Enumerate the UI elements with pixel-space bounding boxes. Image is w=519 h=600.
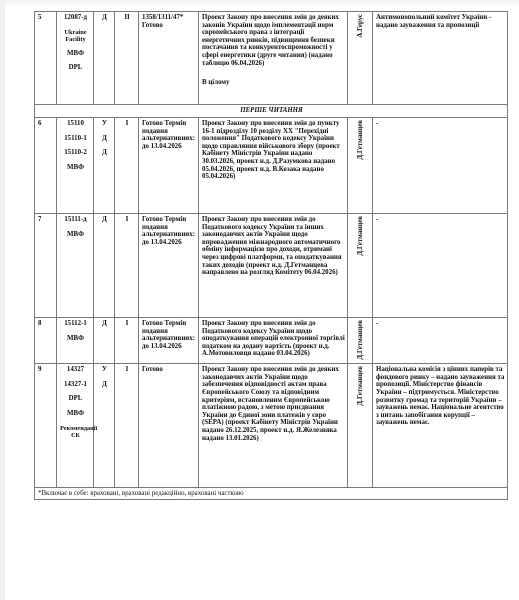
bill-code: 15110 [60,120,91,128]
bill-code: 15110-2 [60,149,91,157]
description-text: Проект Закону про внесення змін до деяки… [202,14,345,67]
category-letter: Д [97,149,112,157]
row-number: 9 [35,364,57,488]
responsible-cell: Д.Гетманцев [348,318,373,364]
table-row: 815112-1МВФДIГотово Термін подання альте… [35,318,508,364]
footnote: *Включає в себе: враховані, враховані ре… [35,488,508,500]
bill-description: Проект Закону про внесення змін до пункт… [199,118,348,214]
responsible-person: Д.Гетманцев [357,320,365,360]
responsible-person: А.Герус [357,14,365,38]
bill-code: DPL [60,395,91,403]
status: Готово [139,364,199,488]
bill-description: Проект Закону про внесення змін до Подат… [199,318,348,364]
comments: Антимонопольний комітет України - надано… [373,12,508,105]
bill-code: 15110-1 [60,135,91,143]
category-letter: У [97,366,112,374]
category-letters: Д [94,214,115,318]
description-text: Проект Закону про внесення змін до пункт… [202,120,345,181]
table-row: 512087-дUkraine FacilityМВФDPLДII1358/13… [35,12,508,105]
responsible-person: Д.Гетманцев [357,120,365,160]
bill-code: DPL [60,64,91,72]
bill-codes: 12087-дUkraine FacilityМВФDPL [57,12,94,105]
bill-code: МВФ [60,335,91,343]
reading-stage: II [115,12,139,105]
row-number: 8 [35,318,57,364]
comments: - [373,118,508,214]
reading-stage: I [115,364,139,488]
bill-codes: 15111-дМВФ [57,214,94,318]
responsible-cell: Д.Гетманцев [348,364,373,488]
responsible-person: Д.Гетманцев [357,366,365,406]
comments: Національна комісія з цінних паперів та … [373,364,508,488]
bill-description: Проект Закону про внесення змін до деяки… [199,364,348,488]
category-letter: Д [97,216,112,224]
footnote-row: *Включає в себе: враховані, враховані ре… [35,488,508,500]
table-row: 91432714327-1DPLМВФРекомендації ЄКУДIГот… [35,364,508,488]
bill-code: 15112-1 [60,320,91,328]
category-letter: У [97,120,112,128]
reading-stage: I [115,118,139,214]
category-letter: Д [97,14,112,22]
description-text: Проект Закону про внесення змін до Подат… [202,320,345,358]
responsible-person: Д.Гетманцев [357,216,365,256]
responsible-cell: Д.Гетманцев [348,118,373,214]
bill-code: Рекомендації ЄК [60,425,91,439]
status: Готово Термін подання альтернативних: до… [139,118,199,214]
bill-code: МВФ [60,164,91,172]
category-letters: Д [94,12,115,105]
category-letters: Д [94,318,115,364]
bill-code: 15111-д [60,216,91,224]
bill-codes: 15112-1МВФ [57,318,94,364]
responsible-cell: А.Герус [348,12,373,105]
bill-code: МВФ [60,410,91,418]
bill-code: 14327-1 [60,381,91,389]
category-letter: Д [97,320,112,328]
bill-description: Проект Закону про внесення змін до деяки… [199,12,348,105]
bill-codes: 1432714327-1DPLМВФРекомендації ЄК [57,364,94,488]
bill-code: 14327 [60,366,91,374]
status: Готово Термін подання альтернативних: до… [139,214,199,318]
bill-code: МВФ [60,231,91,239]
reading-stage: I [115,214,139,318]
row-number: 6 [35,118,57,214]
description-note: В цілому [202,79,345,87]
category-letters: УДД [94,118,115,214]
description-text: Проект Закону про внесення змін до Подат… [202,216,345,277]
bill-description: Проект Закону про внесення змін до Подат… [199,214,348,318]
table-row: 715111-дМВФДIГотово Термін подання альте… [35,214,508,318]
section-header: ПЕРШЕ ЧИТАННЯ [35,105,508,118]
status: 1358/1311/47* Готово [139,12,199,105]
comments: - [373,318,508,364]
row-number: 5 [35,12,57,105]
viewer-edge [0,0,5,600]
description-text: Проект Закону про внесення змін до деяки… [202,366,345,442]
bill-codes: 1511015110-115110-2МВФ [57,118,94,214]
section-header-row: ПЕРШЕ ЧИТАННЯ [35,105,508,118]
category-letter: Д [97,381,112,389]
bill-code: 12087-д [60,14,91,22]
table-row: 61511015110-115110-2МВФУДДIГотово Термін… [35,118,508,214]
bill-code: МВФ [60,50,91,58]
responsible-cell: Д.Гетманцев [348,214,373,318]
comments: - [373,214,508,318]
status: Готово Термін подання альтернативних: до… [139,318,199,364]
row-number: 7 [35,214,57,318]
reading-stage: I [115,318,139,364]
bill-code: Ukraine Facility [60,29,91,43]
category-letter: Д [97,135,112,143]
agenda-table: 512087-дUkraine FacilityМВФDPLДII1358/13… [34,11,508,500]
